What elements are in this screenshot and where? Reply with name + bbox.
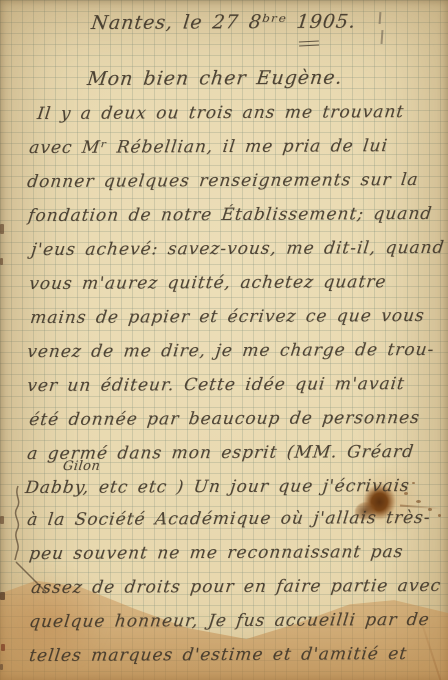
handwriting-line: ver un éditeur. Cette idée qui m'avait [26,374,406,396]
handwriting-line: quelque honneur, Je fus accueilli par de [28,610,431,632]
superscript-underline [299,40,319,46]
handwriting-line: donner quelques renseignements sur la [26,170,420,192]
ink-fleck [416,500,421,503]
handwriting-line: telles marques d'estime et d'amitié et [28,644,408,666]
interline-insertion: Gilon [62,459,101,474]
handwriting-line: assez de droits pour en faire partie ave… [30,576,442,598]
handwriting-line: peu souvent ne me reconnaissant pas [28,542,405,564]
edge-speck [0,224,4,234]
edge-speck [0,258,3,265]
handwriting-line: fondation de notre Établissement; quand [27,204,433,226]
handwriting-line: vous m'aurez quitté, achetez quatre [28,272,388,294]
ink-fleck [438,514,441,517]
edge-speck [1,644,5,651]
edge-speck [0,664,3,670]
letter-dateline: Nantes, le 27 8ᵇʳᵉ 1905. [90,11,357,34]
handwriting-line: été donnée par beaucoup de personnes [28,408,421,430]
letter-salutation: Mon bien cher Eugène. [86,67,344,90]
handwriting-line: Il y a deux ou trois ans me trouvant [36,102,405,124]
pencil-mark [379,12,382,24]
handwriting-line: mains de papier et écrivez ce que vous [29,306,426,328]
handwriting-line: avec Mʳ Rébellian, il me pria de lui [28,136,389,158]
pencil-mark [381,30,384,44]
handwriting-line: venez de me dire, je me charge de trou- [26,340,436,362]
ink-fleck [412,482,415,484]
letter-photo: Nantes, le 27 8ᵇʳᵉ 1905. Mon bien cher E… [0,0,448,680]
handwriting-line: à la Société Académique où j'allais très… [26,508,432,530]
handwriting-line: j'eus achevé: savez-vous, me dit-il, qua… [30,238,446,260]
handwriting-line: Dabby, etc etc ) Un jour que j'écrivais [24,476,411,498]
